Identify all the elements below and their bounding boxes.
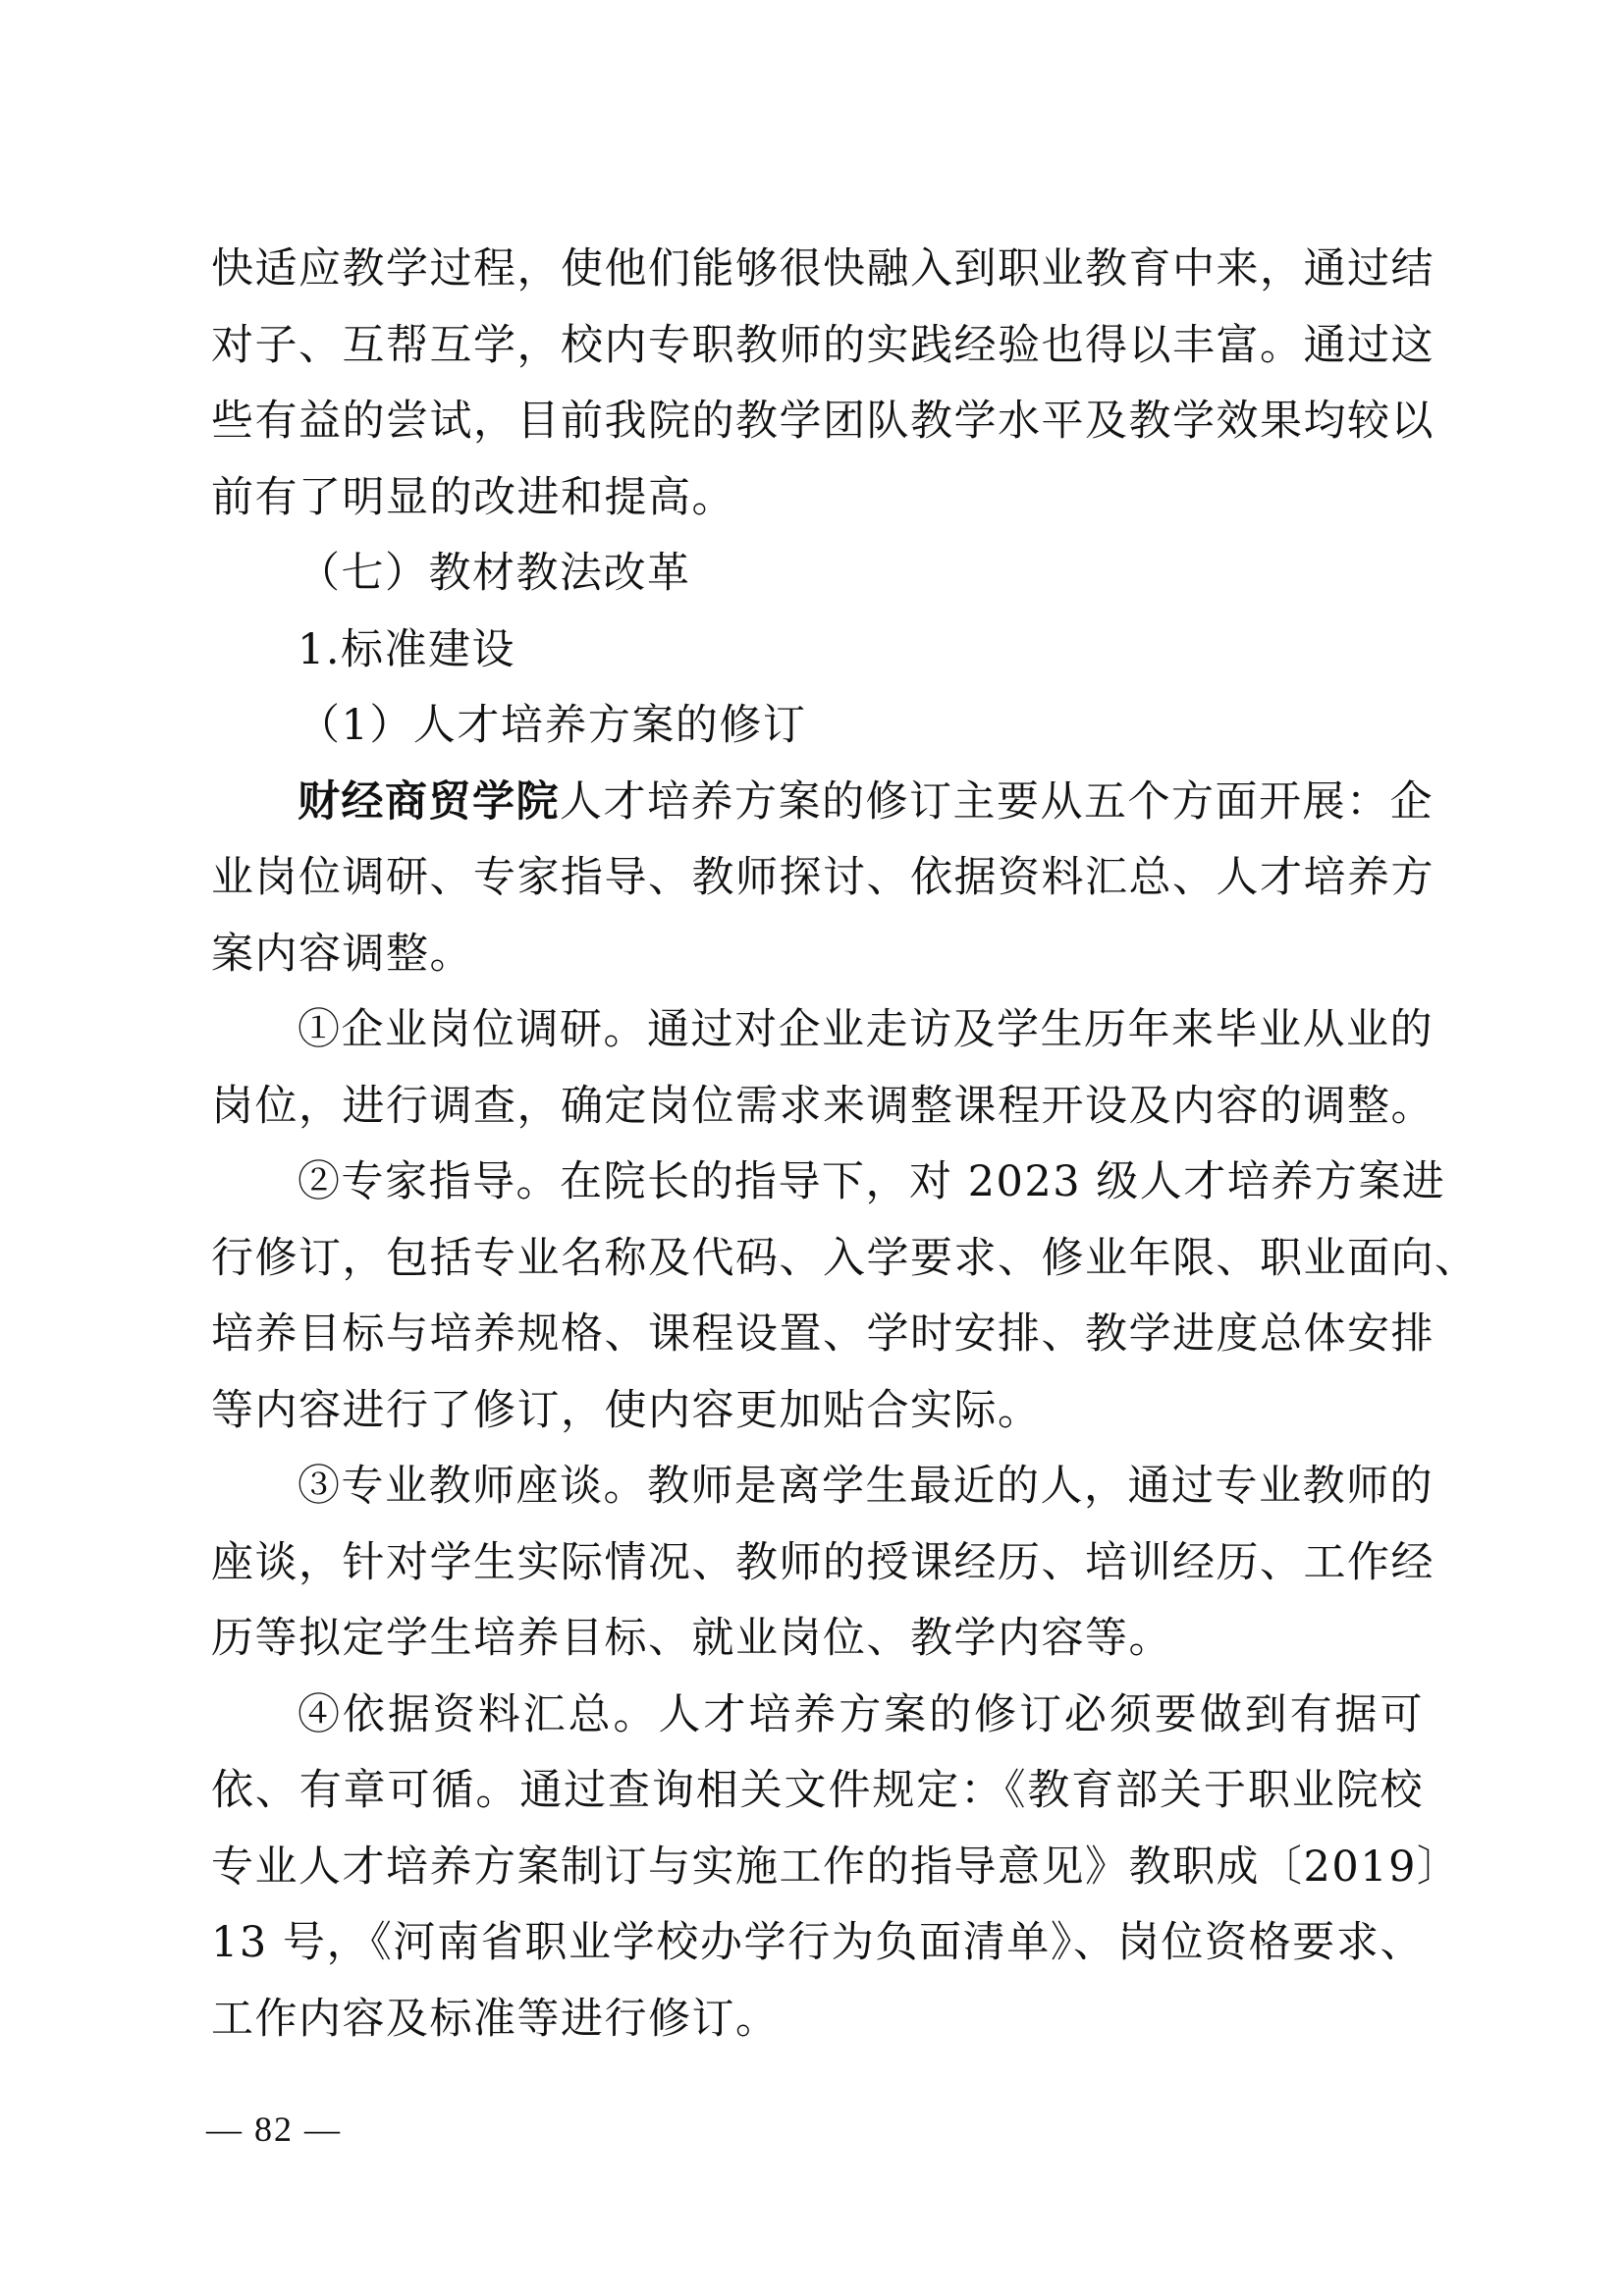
paragraph-line: 前有了明显的改进和提高。	[211, 460, 1424, 537]
college-name: 财经商贸学院	[298, 777, 560, 827]
point2-line: 等内容进行了修订，使内容更加贴合实际。	[211, 1373, 1424, 1450]
point4-line: ④依据资料汇总。人才培养方案的修订必须要做到有据可	[211, 1678, 1424, 1754]
paragraph-line: 快适应教学过程，使他们能够很快融入到职业教育中来，通过结	[211, 232, 1424, 308]
paragraph-line: 对子、互帮互学，校内专职教师的实践经验也得以丰富。通过这	[211, 308, 1424, 385]
subsection-heading: 1.标准建设	[211, 613, 1424, 689]
item-heading: （1）人才培养方案的修订	[211, 688, 1424, 765]
section-heading: （七）教材教法改革	[211, 536, 1424, 613]
intro-line: 案内容调整。	[211, 917, 1424, 993]
paragraph-line: 些有益的尝试，目前我院的教学团队教学水平及教学效果均较以	[211, 384, 1424, 460]
intro-line: 财经商贸学院人才培养方案的修订主要从五个方面开展：企	[211, 765, 1424, 841]
point1-line: 岗位，进行调查，确定岗位需求来调整课程开设及内容的调整。	[211, 1069, 1424, 1146]
point1-line: ①企业岗位调研。通过对企业走访及学生历年来毕业从业的	[211, 992, 1424, 1069]
point2-line: ②专家指导。在院长的指导下，对 2023 级人才培养方案进	[211, 1145, 1424, 1221]
point3-line: 历等拟定学生培养目标、就业岗位、教学内容等。	[211, 1601, 1424, 1678]
point2-line: 行修订，包括专业名称及代码、入学要求、修业年限、职业面向、	[211, 1221, 1424, 1298]
point4-line: 专业人才培养方案制订与实施工作的指导意见》教职成〔2019〕	[211, 1830, 1424, 1906]
point2-line: 培养目标与培养规格、课程设置、学时安排、教学进度总体安排	[211, 1297, 1424, 1373]
intro-line: 业岗位调研、专家指导、教师探讨、依据资料汇总、人才培养方	[211, 840, 1424, 917]
document-page: 快适应教学过程，使他们能够很快融入到职业教育中来，通过结 对子、互帮互学，校内专…	[211, 232, 1424, 2057]
point4-line: 工作内容及标准等进行修订。	[211, 1982, 1424, 2058]
point4-line: 依、有章可循。通过查询相关文件规定：《教育部关于职业院校	[211, 1753, 1424, 1830]
point3-line: ③专业教师座谈。教师是离学生最近的人，通过专业教师的	[211, 1449, 1424, 1525]
point3-line: 座谈，针对学生实际情况、教师的授课经历、培训经历、工作经	[211, 1525, 1424, 1602]
point4-line: 13 号，《河南省职业学校办学行为负面清单》、岗位资格要求、	[211, 1905, 1424, 1982]
intro-text: 人才培养方案的修订主要从五个方面开展：企	[560, 777, 1434, 827]
page-number: — 82 —	[206, 2109, 342, 2150]
